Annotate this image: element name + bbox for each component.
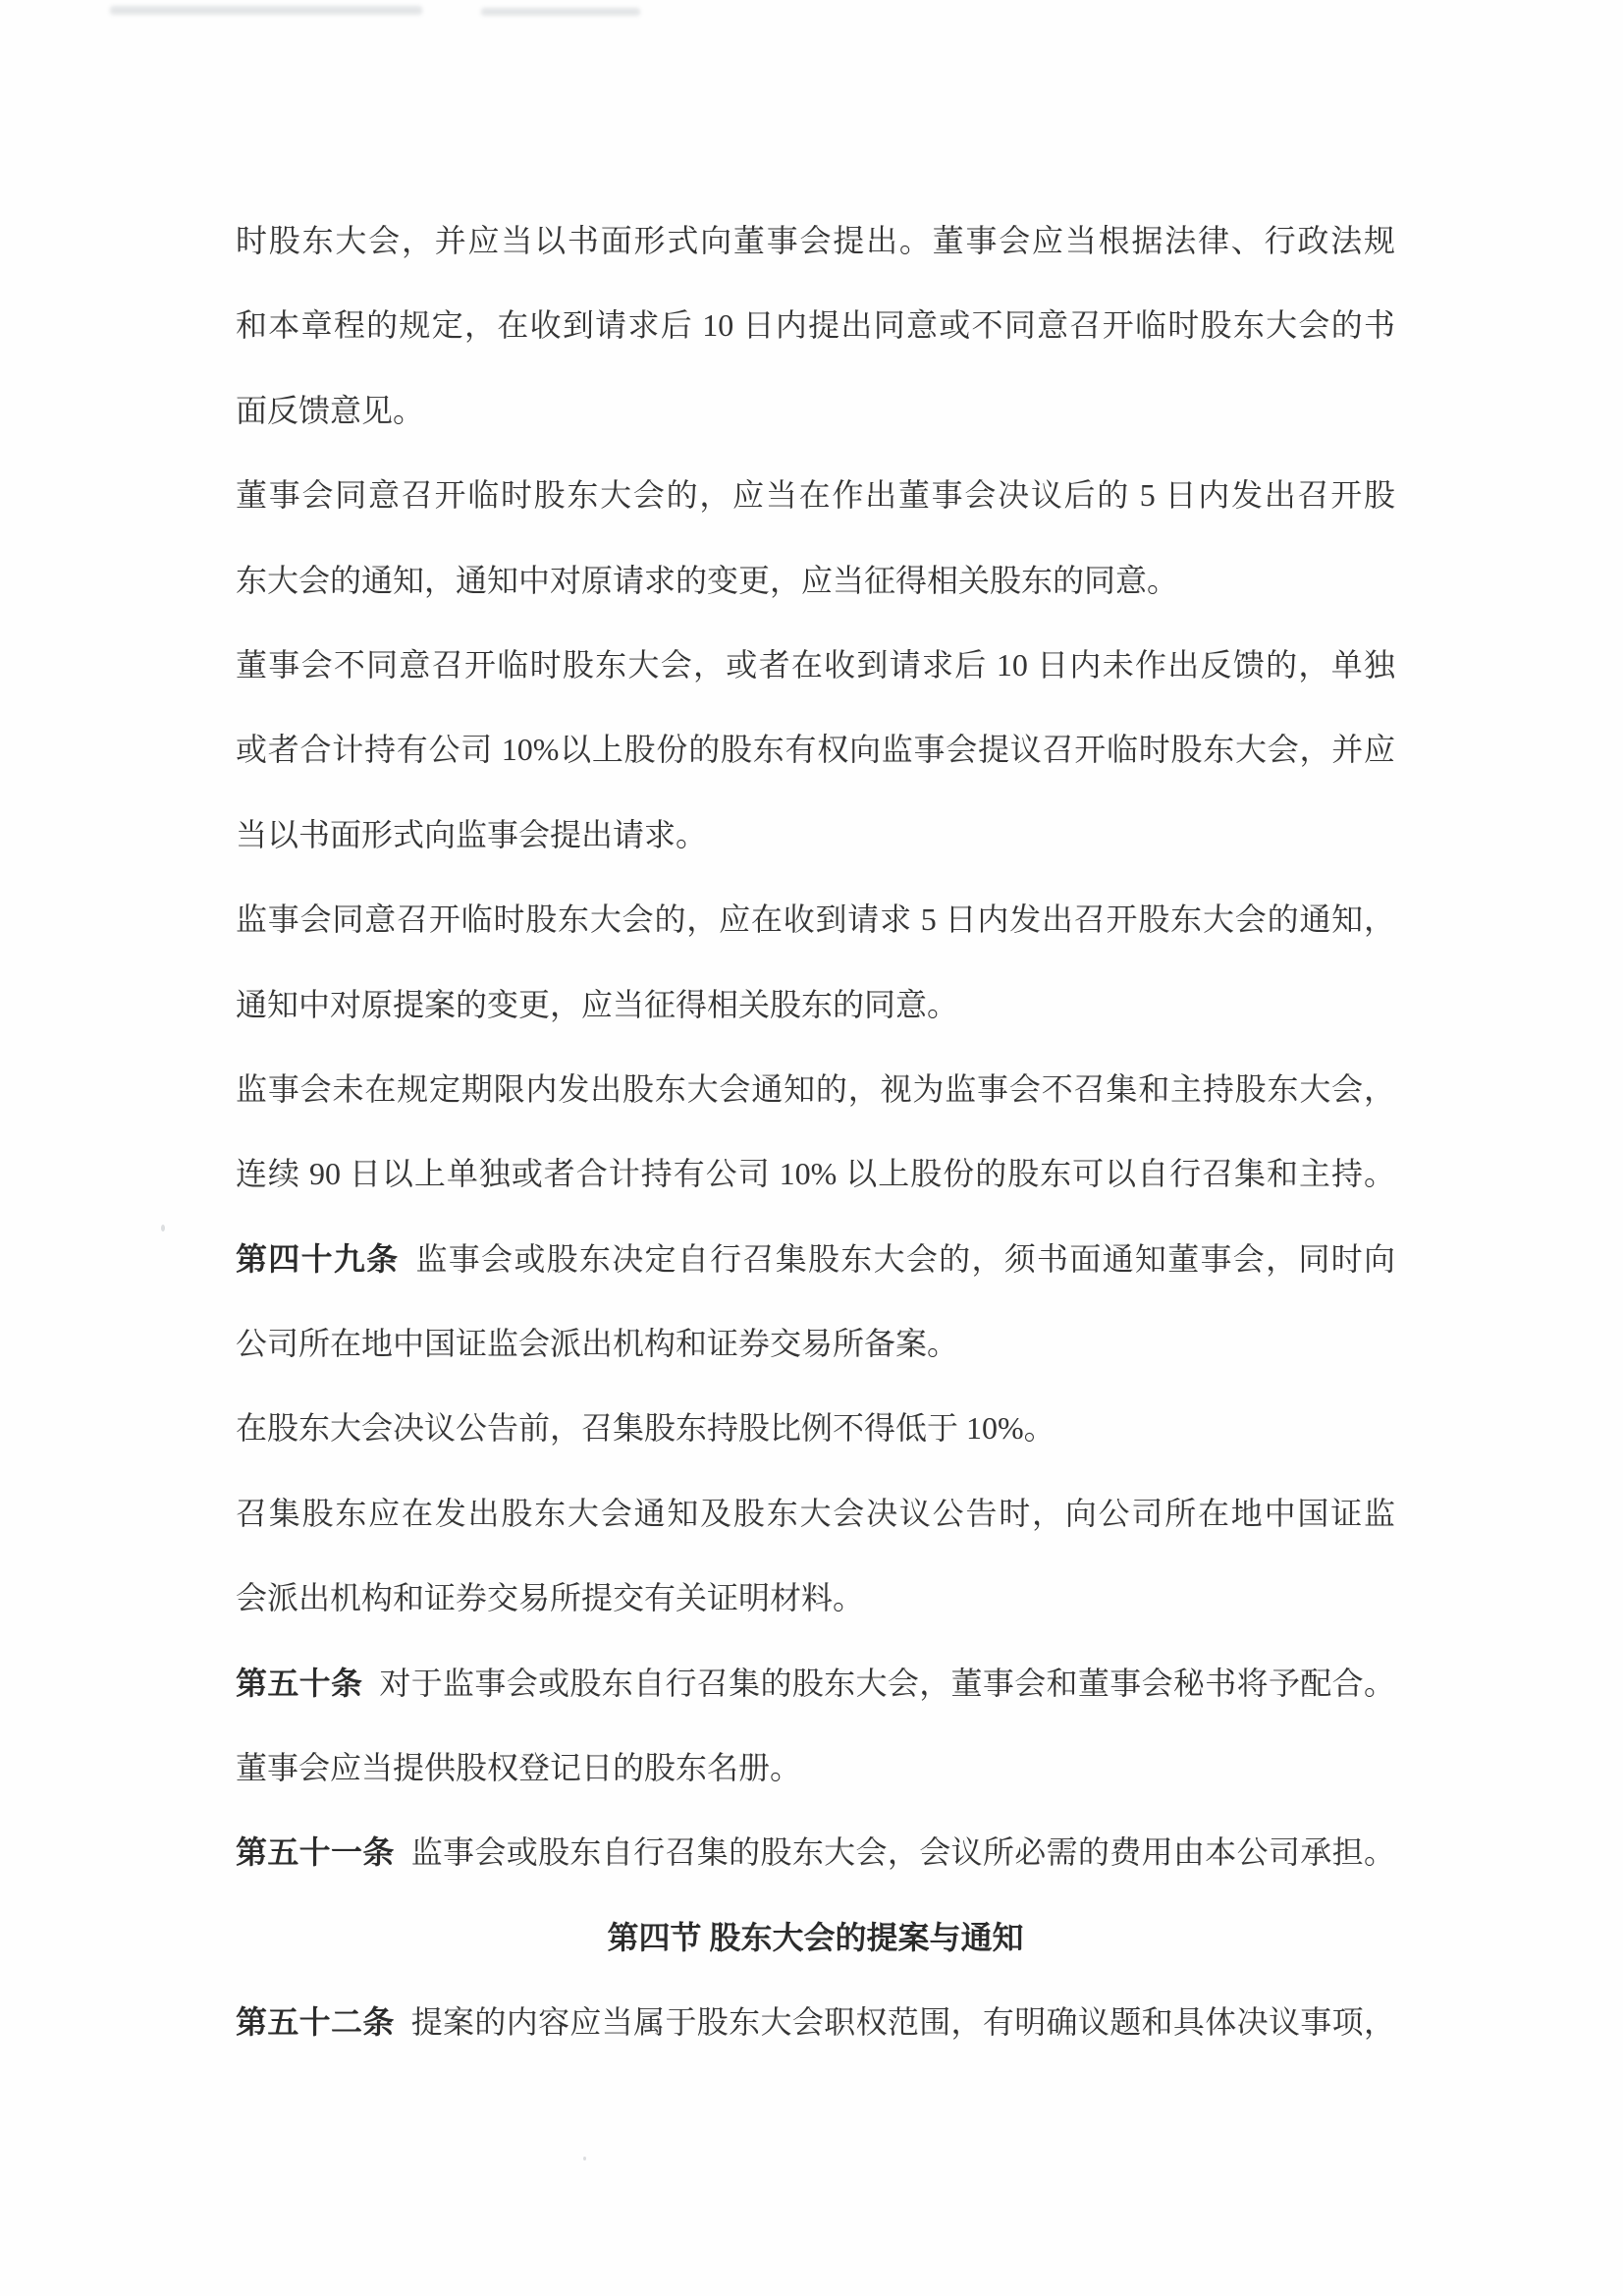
article-text: 监事会或股东自行召集的股东大会，会议所必需的费用由本公司承担。 [411,1834,1395,1870]
text-line: 连续 90 日以上单独或者合计持有公司 10% 以上股份的股东可以自行召集和主持… [236,1131,1395,1216]
document-page: { "page": { "background_color": "#fefefe… [0,0,1623,2296]
text-line: 董事会应当提供股权登记日的股东名册。 [236,1725,1395,1810]
article-text: 监事会或股东决定自行召集股东大会的，须书面通知董事会，同时向 [415,1241,1395,1277]
text-line: 和本章程的规定，在收到请求后 10 日内提出同意或不同意召开临时股东大会的书 [236,283,1395,367]
text-line: 召集股东应在发出股东大会通知及股东大会决议公告时，向公司所在地中国证监 [236,1471,1395,1556]
text-line: 监事会同意召开临时股东大会的，应在收到请求 5 日内发出召开股东大会的通知， [236,877,1395,961]
text-line: 当以书面形式向监事会提出请求。 [236,793,1395,877]
text-line: 第五十一条监事会或股东自行召集的股东大会，会议所必需的费用由本公司承担。 [236,1810,1395,1894]
text-line: 董事会同意召开临时股东大会的，应当在作出董事会决议后的 5 日内发出召开股 [236,453,1395,537]
text-line: 面反馈意见。 [236,368,1395,453]
article-number: 第四十九条 [236,1241,399,1277]
scan-speck [583,2157,586,2160]
article-number: 第五十一条 [236,1834,395,1870]
text-line: 公司所在地中国证监会派出机构和证券交易所备案。 [236,1301,1395,1386]
section-heading: 第四节 股东大会的提案与通知 [236,1895,1395,1980]
text-line: 会派出机构和证券交易所提交有关证明材料。 [236,1556,1395,1640]
article-number: 第五十条 [236,1666,362,1701]
scan-speck [161,1225,165,1231]
document-body: 时股东大会，并应当以书面形式向董事会提出。董事会应当根据法律、行政法规和本章程的… [236,198,1395,2065]
text-line: 董事会不同意召开临时股东大会，或者在收到请求后 10 日内未作出反馈的，单独 [236,623,1395,707]
text-line: 第五十条对于监事会或股东自行召集的股东大会，董事会和董事会秘书将予配合。 [236,1641,1395,1725]
text-line: 或者合计持有公司 10%以上股份的股东有权向监事会提议召开临时股东大会，并应 [236,707,1395,792]
text-line: 监事会未在规定期限内发出股东大会通知的，视为监事会不召集和主持股东大会， [236,1047,1395,1131]
article-text: 对于监事会或股东自行召集的股东大会，董事会和董事会秘书将予配合。 [379,1666,1395,1701]
text-line: 通知中对原提案的变更，应当征得相关股东的同意。 [236,962,1395,1047]
text-line: 第四十九条监事会或股东决定自行召集股东大会的，须书面通知董事会，同时向 [236,1217,1395,1301]
page-background: 时股东大会，并应当以书面形式向董事会提出。董事会应当根据法律、行政法规和本章程的… [0,0,1623,2296]
scan-artifact [110,6,422,15]
text-line: 在股东大会决议公告前，召集股东持股比例不得低于 10%。 [236,1386,1395,1470]
article-number: 第五十二条 [236,2004,395,2040]
text-line: 第五十二条提案的内容应当属于股东大会职权范围，有明确议题和具体决议事项， [236,1980,1395,2064]
article-text: 提案的内容应当属于股东大会职权范围，有明确议题和具体决议事项， [411,2004,1395,2040]
text-line: 时股东大会，并应当以书面形式向董事会提出。董事会应当根据法律、行政法规 [236,198,1395,283]
scan-artifact [481,8,640,16]
text-line: 东大会的通知，通知中对原请求的变更，应当征得相关股东的同意。 [236,538,1395,623]
